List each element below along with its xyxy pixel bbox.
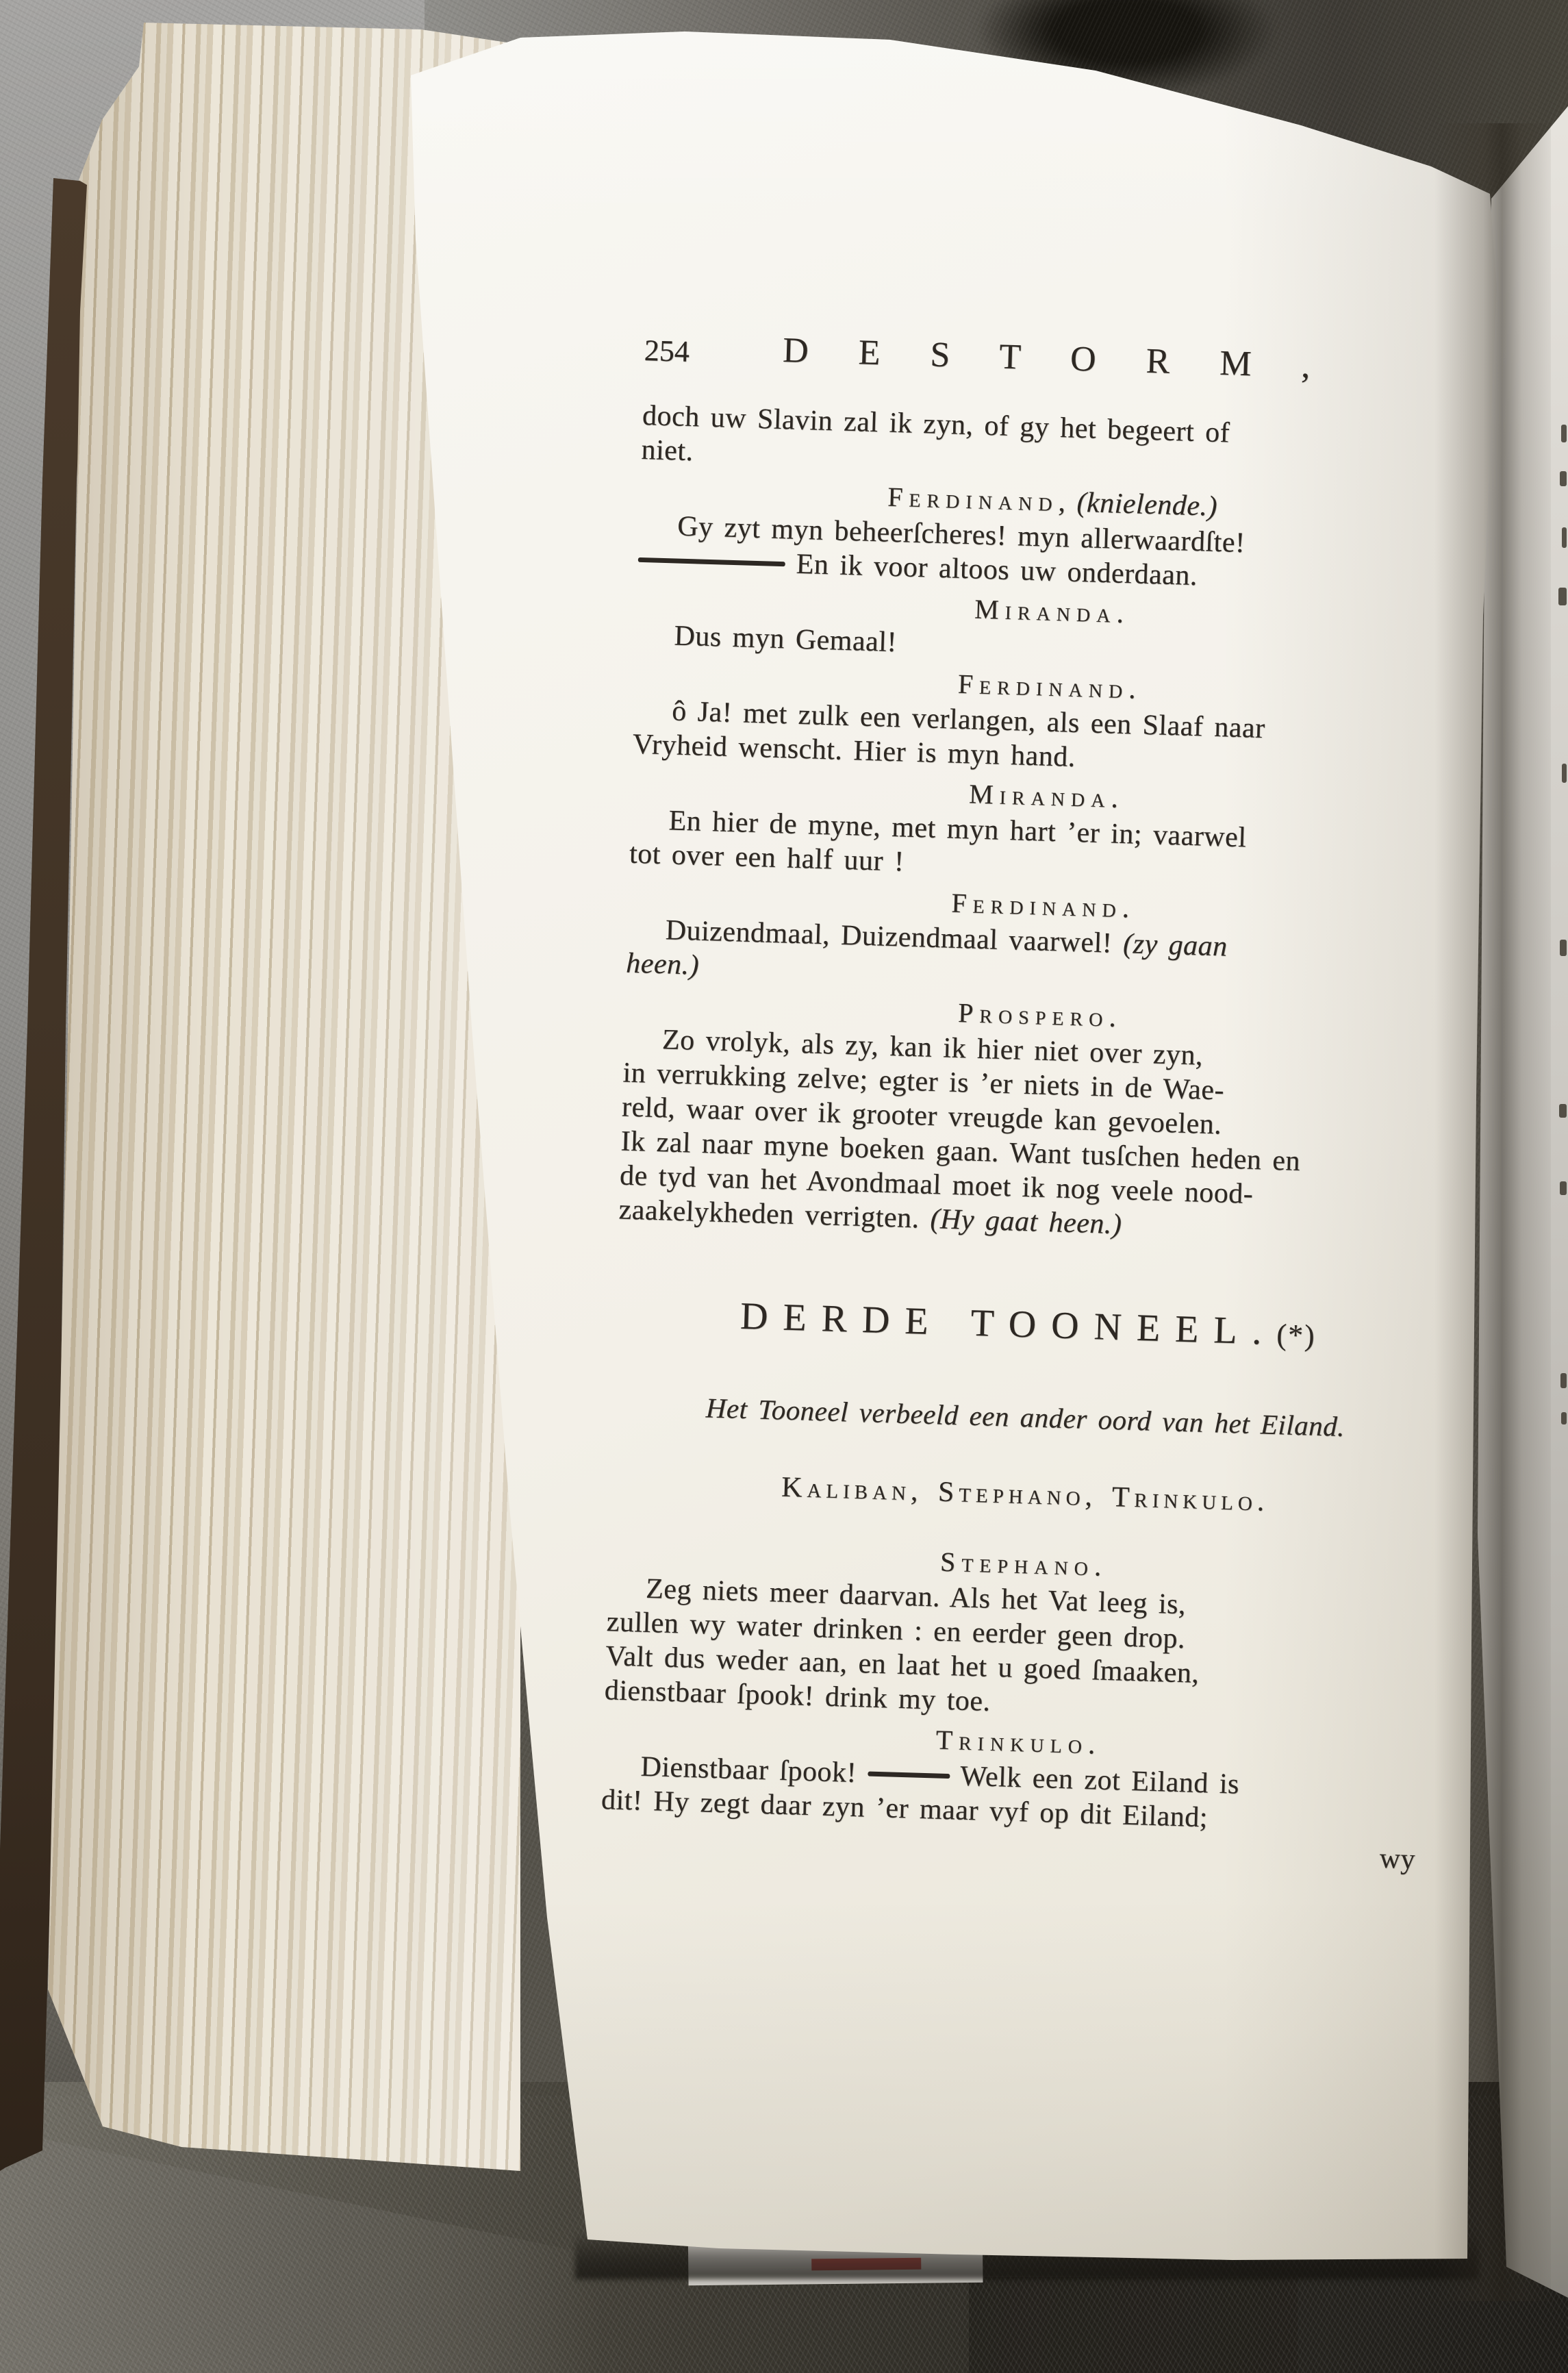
facing-page-text-fragment (1561, 1412, 1567, 1424)
facing-page-text-fragment (1561, 425, 1567, 442)
text-segment: . (1128, 673, 1137, 705)
text-segment: . (1093, 1550, 1102, 1582)
text-segment: Trinkulo (935, 1724, 1089, 1760)
text-segment: (Hy gaat heen.) (930, 1203, 1122, 1240)
text-segment: . (1116, 598, 1124, 629)
text-segment: Ferdinand (957, 668, 1129, 704)
text-segment: niet. (641, 434, 694, 467)
text-segment: wy (1379, 1843, 1416, 1876)
facing-page-text-fragment (1560, 940, 1567, 956)
stage-direction: Het Tooneel verbeeld een ander oord van … (612, 1385, 1438, 1448)
facing-page-text-fragment (1558, 588, 1567, 605)
text-segment: zaakelykheden verrigten. (618, 1194, 931, 1234)
facing-page-text-fragment (1560, 1373, 1567, 1388)
facing-page-text-fragment (1562, 764, 1567, 783)
text-segment: Dus myn Gemaal! (674, 620, 898, 658)
text-segment: Miranda (974, 593, 1117, 628)
facing-page-text-fragment (1560, 471, 1567, 486)
facing-page-text-fragment (1562, 527, 1567, 548)
text-segment: heen.) (626, 948, 700, 981)
text-segment: Ferdinand (887, 481, 1059, 517)
text-segment: Kaliban, Stephano, Trinkulo (781, 1472, 1258, 1518)
text-segment: tot over een half uur ! (629, 838, 905, 878)
printed-dash (868, 1771, 950, 1779)
printed-text-block: 254 D E S T O R M , doch uw Slavin zal i… (600, 326, 1470, 1877)
cast-list: Kaliban, Stephano, Trinkulo. (610, 1462, 1436, 1527)
text-segment: , (1058, 486, 1077, 518)
text-segment: Ferdinand (951, 888, 1123, 923)
text-segment: Prospero (958, 997, 1110, 1033)
text-segment: . (1256, 1485, 1265, 1517)
page-text: doch uw Slavin zal ik zyn, of gy het beg… (600, 399, 1467, 1877)
facing-page-text-fragment (1559, 1104, 1567, 1118)
text-segment: DERDE TOONEEL. (739, 1295, 1277, 1353)
text-segment: Miranda (969, 778, 1112, 813)
printed-dash (638, 557, 785, 566)
text-segment: Stephano (940, 1546, 1095, 1582)
text-segment: Dienstbaar ſpook! (640, 1751, 868, 1790)
text-segment: . (1087, 1729, 1096, 1760)
text-segment: . (1111, 783, 1119, 814)
fabric-floor-dark-patch (969, 2277, 1298, 2373)
photo-of-open-book: { "page_header": { "page_number": "254",… (0, 0, 1568, 2373)
scene-heading: DERDE TOONEEL.(*) (615, 1284, 1441, 1368)
facing-page-text-fragment (1560, 1181, 1567, 1195)
text-segment: . (1122, 892, 1130, 924)
text-segment: (zy gaan (1123, 928, 1228, 963)
text-segment: (*) (1276, 1318, 1317, 1353)
text-segment: Het Tooneel verbeeld een ander oord van … (705, 1392, 1345, 1442)
text-segment: (knielende.) (1076, 487, 1218, 523)
text-segment: . (1109, 1002, 1117, 1033)
